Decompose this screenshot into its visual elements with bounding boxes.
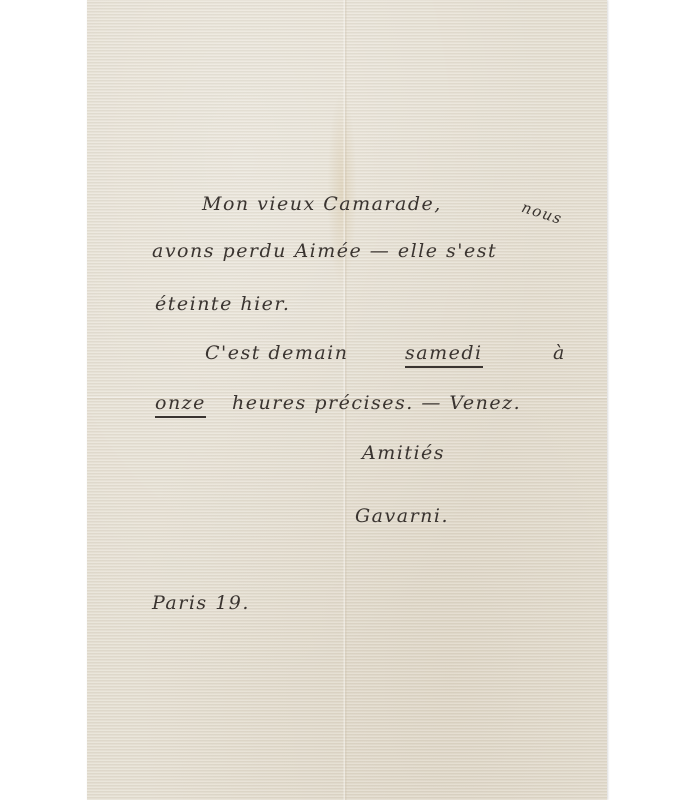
body-line-2: éteinte hier. (155, 293, 290, 315)
letter-paper: Mon vieux Camarade, nous avons perdu Aim… (87, 0, 607, 800)
salutation: Mon vieux Camarade, (202, 193, 442, 215)
closing: Amitiés (362, 442, 445, 464)
signature: Gavarni. (355, 505, 449, 527)
body-line-3b: à (553, 342, 566, 364)
body-line-1: avons perdu Aimée — elle s'est (152, 240, 497, 262)
margin-note: nous (519, 198, 565, 228)
place-date: Paris 19. (152, 592, 250, 614)
underlined-day: samedi (405, 342, 483, 368)
body-line-4: heures précises. — Venez. (232, 392, 521, 414)
underlined-hour: onze (155, 392, 206, 418)
body-line-3a: C'est demain (205, 342, 349, 364)
